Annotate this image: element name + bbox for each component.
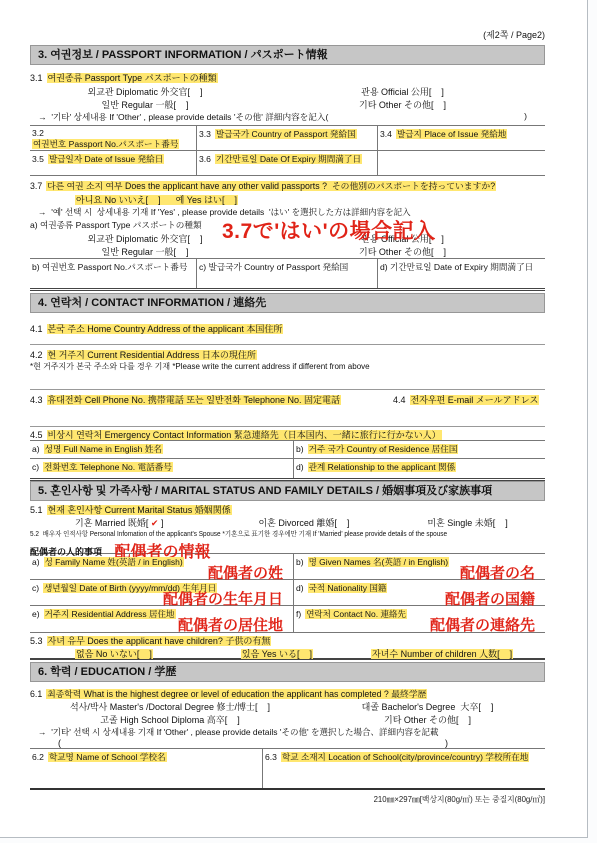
annotation-spouse-birth: 配偶者の生年月日	[32, 593, 291, 607]
question-5-2: 5.2배우자 인적사항 Personal Infomation of the a…	[30, 529, 504, 539]
table-row: 3.5발급일자 Date of Issue 発給日 3.6기간만료일 Date …	[30, 151, 545, 175]
form-content: (제2쪽 / Page2) 3. 여권정보 / PASSPORT INFORMA…	[30, 0, 545, 804]
field-school-name: 6.2학교명 Name of School 学校名	[30, 749, 263, 788]
checkbox-married: 기혼 Married 既婚[ ✔ ]	[75, 516, 163, 529]
section-4-header: 4. 연락처 / CONTACT INFORMATION / 連絡先	[30, 293, 545, 313]
bracket-close: ]	[158, 518, 163, 528]
item-letter: b)	[296, 444, 304, 454]
field-label: 발급국가 Country of Passport 発給国	[215, 129, 357, 139]
field-other-passport-expiry: d) 기간만료일 Date of Expiry 期間満了日	[378, 259, 545, 288]
table-row: c)생년월일 Date of Birth (yyyy/mm/dd) 生年月日 配…	[30, 580, 545, 606]
question-3-1: 3.1여권종류 Passport Type パスポートの種類	[30, 71, 545, 85]
passport-type-options-row2: 일반 Regular 一般[ ] 기타 Other その他[ ]	[30, 98, 545, 111]
question-5-3: 5.3자녀 유무 Does the applicant have childre…	[30, 634, 545, 647]
question-3-1-label: 여권종류 Passport Type パスポートの種類	[47, 73, 218, 83]
question-3-1-other-note: → '기타' 상세내용 If 'Other' , please provide …	[30, 111, 545, 125]
question-number: 6.2	[32, 752, 44, 762]
close-paren: )	[445, 738, 448, 748]
question-number: 4.2	[30, 350, 43, 360]
field-date-of-issue: 3.5발급일자 Date of Issue 発給日	[30, 151, 197, 175]
number-of-children-label: 자녀수 Number of children 人数[ ]	[371, 649, 513, 659]
yes-children-label: 있음 Yes いる[ ]	[241, 649, 313, 659]
checkbox-regular: 일반 Regular 一般[ ]	[30, 98, 260, 111]
field-other-passport-country: c) 발급국가 Country of Passport 発給国	[197, 259, 378, 288]
education-options-row2: 고졸 High School Diploma 高卒[ ] 기타 Other その…	[30, 713, 545, 726]
item-letter: d)	[296, 462, 304, 472]
checkbox-regular: 일반 Regular 一般[ ]	[30, 245, 260, 258]
item-letter: a)	[32, 444, 40, 454]
field-label: 기간만료일 Date Of Expiry 期間満了日	[215, 154, 362, 164]
page-number: (제2쪽 / Page2)	[30, 28, 545, 40]
email-label: 전자우편 E-mail メールアドレス	[410, 395, 540, 405]
question-number: 4.5	[30, 430, 43, 440]
question-4-3: 4.3휴대전화 Cell Phone No. 携帯電話 또는 일반전화 Tele…	[30, 393, 393, 406]
table-row: e)거주지 Residential Address 居住地 配偶者の居住地 f)…	[30, 606, 545, 632]
question-number: 3.3	[199, 129, 211, 139]
field-label: 연락처 Contact No. 連絡先	[305, 609, 407, 619]
field-spouse-address: e)거주지 Residential Address 居住地 配偶者の居住地	[30, 606, 294, 632]
spouse-table: a)성 Family Name 姓(英語 / in English) 配偶者の姓…	[30, 553, 545, 633]
item-letter: d)	[296, 583, 304, 593]
annotation-spouse-given-name: 配偶者の名	[296, 567, 543, 581]
checkbox-official: 관용 Official 公用[ ]	[260, 85, 545, 98]
field-school-location: 6.3학교 소재지 Location of School(city/provin…	[263, 749, 545, 788]
annotation-spouse-address: 配偶者の居住地	[32, 619, 291, 633]
item-letter: b)	[296, 557, 304, 567]
question-6-1: 6.1최종학력 What is the highest degree or le…	[30, 687, 545, 700]
question-number: 3.5	[32, 154, 44, 164]
section-5-header: 5. 혼인사항 및 가족사항 / MARITAL STATUS AND FAMI…	[30, 481, 545, 501]
field-emergency-name: a)성명 Full Name in English 姓名	[30, 441, 294, 458]
section-3-header: 3. 여권정보 / PASSPORT INFORMATION / パスポート情報	[30, 45, 545, 65]
field-other-passport-no: b) 여권번호 Passport No.パスポート番号	[30, 259, 197, 288]
question-number: 6.1	[30, 689, 42, 699]
field-label: 발급일자 Date of Issue 発給日	[48, 154, 164, 164]
field-label: 발급지 Place of Issue 発給地	[396, 129, 507, 139]
checkbox-yes-children: 있음 Yes いる[ ]	[241, 647, 313, 658]
question-4-5: 4.5비상시 연락처 Emergency Contact Information…	[30, 427, 545, 440]
question-number: 3.6	[199, 154, 211, 164]
section-6-header: 6. 학력 / EDUCATION / 学歴	[30, 662, 545, 682]
education-level-label: 최종학력 What is the highest degree or level…	[46, 689, 427, 699]
question-6-1-note: → '기타' 선택 시 상세내용 기재 If 'Other' , please …	[30, 726, 545, 738]
question-3-7-label: 다른 여권 소지 여부 Does the applicant have any …	[46, 181, 496, 191]
open-paren: (	[58, 738, 61, 748]
field-spouse-nationality: d)국적 Nationality 国籍 配偶者の国籍	[294, 580, 545, 605]
phone-label: 휴대전화 Cell Phone No. 携帯電話 또는 일반전화 Telepho…	[47, 395, 342, 405]
current-address-line: 4.2현 거주지 Current Residential Address 日本の…	[30, 348, 545, 361]
field-date-of-expiry: 3.6기간만료일 Date Of Expiry 期間満了日	[197, 151, 378, 175]
current-address-label: 현 거주지 Current Residential Address 日本の現住所	[47, 350, 257, 360]
annotation-fill-if-yes: 3.7で'はい'の場合記入	[222, 215, 436, 245]
annotation-spouse-nationality: 配偶者の国籍	[296, 593, 543, 607]
item-letter: c)	[32, 583, 39, 593]
checkbox-no-yes: 아니요 No いいえ[ ] 예 Yes はい[ ]	[75, 195, 238, 205]
field-spouse-given-name: b)명 Given Names 名(英語 / in English) 配偶者の名	[294, 554, 545, 579]
other-passport-type-row2: 일반 Regular 一般[ ] 기타 Other その他[ ]	[30, 245, 545, 258]
item-letter: f)	[296, 609, 301, 619]
field-spouse-contact: f)연락처 Contact No. 連絡先 配偶者の連絡先	[294, 606, 545, 632]
other-details-note: → '기타' 상세내용 If 'Other' , please provide …	[38, 111, 328, 125]
question-4-4: 4.4전자우편 E-mail メールアドレス	[393, 393, 545, 406]
field-label: 관계 Relationship to the applicant 関係	[308, 462, 457, 472]
passport-type-options-row1: 외교관 Diplomatic 外交官[ ] 관용 Official 公用[ ]	[30, 85, 545, 98]
question-number: 4.1	[30, 324, 43, 334]
checkbox-other: 기타 Other その他[ ]	[260, 245, 545, 258]
table-row: 3.2여권번호 Passport No.パスポート番号 3.3발급국가 Coun…	[30, 126, 545, 151]
question-number: 6.3	[265, 752, 277, 762]
other-details-parens: ( )	[58, 738, 448, 748]
married-label: 기혼 Married 既婚[	[75, 518, 151, 528]
checkbox-diplomatic: 외교관 Diplomatic 外交官[ ]	[30, 85, 260, 98]
question-5-2-line2: 配偶者の人的事項 配偶者の情報	[30, 539, 545, 553]
field-label: 학교명 Name of School 学校名	[48, 752, 167, 762]
checkbox-no-children: 없음 No いない[ ]	[75, 647, 153, 658]
field-emergency-country: b)거주 국가 Country of Residence 居住国	[294, 441, 545, 458]
question-number: 3.1	[30, 73, 43, 83]
home-address-label: 본국 주소 Home Country Address of the applic…	[47, 324, 284, 334]
field-spouse-birth-date: c)생년월일 Date of Birth (yyyy/mm/dd) 生年月日 配…	[30, 580, 294, 605]
field-country-of-passport: 3.3발급국가 Country of Passport 発給国	[197, 126, 378, 150]
field-emergency-relationship: d)관계 Relationship to the applicant 関係	[294, 459, 545, 478]
checkbox-high-school: 고졸 High School Diploma 高卒[ ]	[30, 713, 310, 726]
emergency-contact-table: a)성명 Full Name in English 姓名 b)거주 국가 Cou…	[30, 440, 545, 481]
paper-spec-note: 210㎜×297㎜[백상지(80g/㎡) 또는 중질지(80g/㎡)]	[30, 794, 545, 804]
item-letter: e)	[32, 609, 40, 619]
field-label: 학교 소재지 Location of School(city/province/…	[281, 752, 529, 762]
question-number: 3.7	[30, 181, 42, 191]
table-row: a)성 Family Name 姓(英語 / in English) 配偶者の姓…	[30, 554, 545, 580]
checkbox-other: 기타 Other その他[ ]	[260, 98, 545, 111]
checkbox-bachelor: 대졸 Bachelor's Degree 大卒[ ]	[310, 700, 545, 713]
field-place-of-issue: 3.4발급지 Place of Issue 発給地	[378, 126, 545, 150]
children-options: 없음 No いない[ ] 있음 Yes いる[ ] 자녀수 Number of …	[30, 647, 545, 660]
checkbox-other-education: 기타 Other その他[ ]	[310, 713, 545, 726]
question-4-1: 4.1본국 주소 Home Country Address of the app…	[30, 313, 545, 345]
field-label: 성 Family Name 姓(英語 / in English)	[44, 557, 184, 567]
marital-status-label: 현재 혼인사항 Current Marital Status 婚姻関係	[47, 505, 232, 515]
question-number: 3.4	[380, 129, 392, 139]
field-passport-no: 3.2여권번호 Passport No.パスポート番号	[30, 126, 197, 150]
field-label: 국적 Nationality 国籍	[308, 583, 388, 593]
table-row: c)전화번호 Telephone No. 電話番号 d)관계 Relations…	[30, 459, 545, 478]
question-3-7a: a) 여권종류 Passport Type パスポートの種類 3.7で'はい'の…	[30, 219, 545, 232]
checkbox-single: 미혼 Single 未婚[ ]	[427, 516, 507, 529]
question-number: 5.1	[30, 505, 43, 515]
emergency-contact-label: 비상시 연락처 Emergency Contact Information 緊急…	[47, 430, 442, 440]
number-of-children-field: 자녀수 Number of children 人数[ ]	[371, 647, 513, 658]
question-4-2: 4.2현 거주지 Current Residential Address 日本の…	[30, 345, 545, 390]
field-label: 거주지 Residential Address 居住地	[44, 609, 176, 619]
question-number: 4.4	[393, 395, 406, 405]
field-label: a) 여권종류 Passport Type パスポートの種類	[30, 220, 202, 230]
other-passport-table: b) 여권번호 Passport No.パスポート番号 c) 발급국가 Coun…	[30, 258, 545, 291]
question-number: 5.3	[30, 636, 43, 646]
question-3-7: 3.7다른 여권 소지 여부 Does the applicant have a…	[30, 179, 545, 193]
children-label: 자녀 유무 Does the applicant have children? …	[47, 636, 272, 646]
education-options-row1: 석사/박사 Master's /Doctoral Degree 修士/博士[ ]…	[30, 700, 545, 713]
cell-empty	[378, 151, 545, 175]
table-row: a)성명 Full Name in English 姓名 b)거주 국가 Cou…	[30, 441, 545, 459]
field-emergency-phone: c)전화번호 Telephone No. 電話番号	[30, 459, 294, 478]
field-label: 여권번호 Passport No.パスポート番号	[32, 139, 179, 149]
spouse-info-label: 배우자 인적사항 Personal Infomation of the appl…	[43, 531, 447, 538]
checkbox-masters-doctoral: 석사/박사 Master's /Doctoral Degree 修士/博士[ ]	[30, 700, 310, 713]
field-label: 거주 국가 Country of Residence 居住国	[308, 444, 459, 454]
school-table: 6.2학교명 Name of School 学校名 6.3학교 소재지 Loca…	[30, 748, 545, 790]
question-3-7-options: 아니요 No いいえ[ ] 예 Yes はい[ ]	[30, 193, 545, 206]
question-number: 3.2	[32, 128, 44, 138]
question-4-3-4-4: 4.3휴대전화 Cell Phone No. 携帯電話 또는 일반전화 Tele…	[30, 390, 545, 427]
checkbox-divorced: 이혼 Divorced 離婚[ ]	[258, 516, 349, 529]
no-children-label: 없음 No いない[ ]	[75, 649, 153, 659]
field-label: 성명 Full Name in English 姓名	[44, 444, 163, 454]
field-spouse-family-name: a)성 Family Name 姓(英語 / in English) 配偶者の姓	[30, 554, 294, 579]
field-label: 전화번호 Telephone No. 電話番号	[43, 462, 173, 472]
annotation-spouse-family-name: 配偶者の姓	[32, 567, 291, 581]
question-5-1: 5.1현재 혼인사항 Current Marital Status 婚姻関係	[30, 503, 545, 516]
close-paren: )	[524, 111, 527, 125]
question-number: 5.2	[30, 531, 39, 538]
item-letter: a)	[32, 557, 40, 567]
annotation-spouse-contact: 配偶者の連絡先	[296, 619, 543, 633]
item-letter: c)	[32, 462, 39, 472]
visa-form-page: (제2쪽 / Page2) 3. 여권정보 / PASSPORT INFORMA…	[0, 0, 588, 838]
marital-status-options: 기혼 Married 既婚[ ✔ ] 이혼 Divorced 離婚[ ] 미혼 …	[30, 516, 545, 529]
passport-table: 3.2여권번호 Passport No.パスポート番号 3.3발급국가 Coun…	[30, 125, 545, 176]
question-number: 4.3	[30, 395, 43, 405]
field-label: 명 Given Names 名(英語 / in English)	[308, 557, 450, 567]
current-address-note: *현 거주지가 본국 주소와 다를 경우 기재 *Please write th…	[30, 361, 545, 372]
